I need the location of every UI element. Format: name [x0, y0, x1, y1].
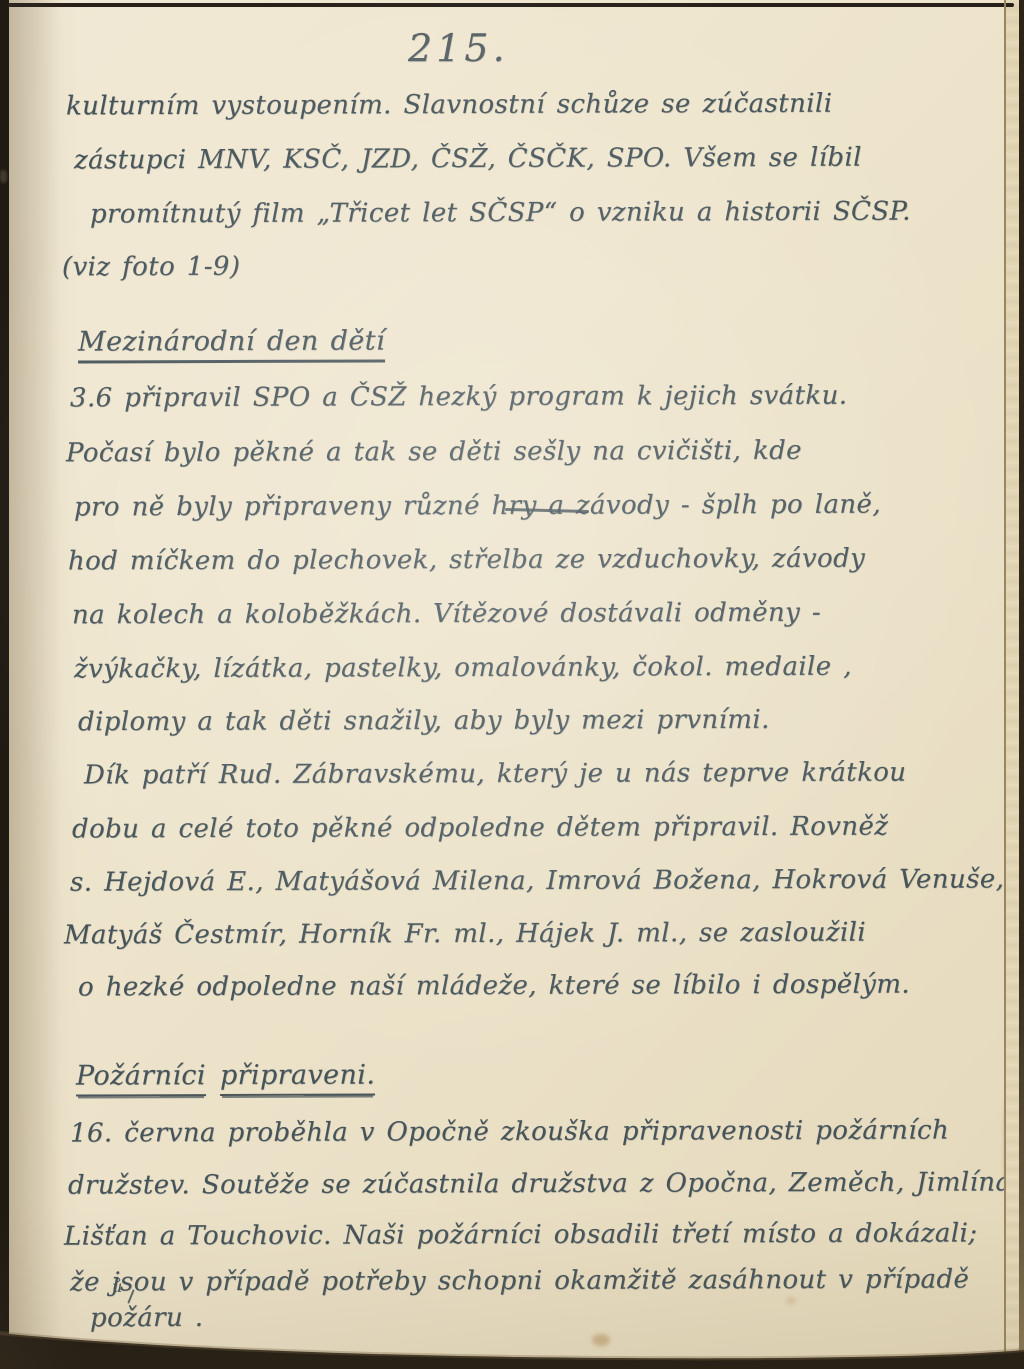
handwritten-line: hod míčkem do plechovek, střelba ze vzdu…: [68, 544, 865, 577]
handwritten-line: zástupci MNV, KSČ, JZD, ČSŽ, ČSČK, SPO. …: [74, 143, 862, 176]
scan-right-edge: [1019, 0, 1024, 1369]
handwritten-line: kulturním vystoupením. Slavnostní schůze…: [66, 89, 833, 122]
handwritten-line: pro ně byly připraveny různé hry a závod…: [74, 490, 881, 523]
handwritten-line: Lišťan a Touchovic. Naši požárníci obsad…: [64, 1218, 978, 1251]
handwritten-line: diplomy a tak děti snažily, aby byly mez…: [78, 705, 770, 737]
page-number: 215.: [408, 26, 509, 70]
section-heading-children-day: Mezinárodní den dětí: [78, 325, 385, 357]
handwritten-line: Počasí bylo pěkné a tak se děti sešly na…: [66, 436, 802, 469]
handwritten-line: 3.6 připravil SPO a ČSŽ hezký program k …: [70, 381, 847, 414]
handwritten-line: Matyáš Čestmír, Horník Fr. ml., Hájek J.…: [64, 918, 866, 951]
book-bottom-curve: [0, 1329, 1024, 1369]
binding-shadow: [9, 0, 61, 1369]
handwritten-line: dobu a celé toto pěkné odpoledne dětem p…: [72, 812, 888, 845]
handwritten-line: (viz foto 1-9): [62, 252, 240, 283]
edge-speck: [0, 170, 7, 183]
insertion-mark: ů: [112, 1277, 122, 1296]
heading-underlined-word: Požárníci: [76, 1060, 206, 1096]
heading-underlined-word: připraveni.: [220, 1060, 375, 1097]
handwritten-line: promítnutý film „Třicet let SČSP“ o vzni…: [90, 197, 911, 230]
handwritten-line: že jsou v případě potřeby schopni okamži…: [70, 1264, 969, 1297]
handwritten-line: o hezké odpoledne naší mládeže, které se…: [78, 970, 910, 1003]
handwritten-line: žvýkačky, lízátka, pastelky, omalovánky,…: [74, 652, 852, 685]
page-edge-line: [1004, 0, 1006, 1369]
handwritten-line: Dík patří Rud. Zábravskému, který je u n…: [84, 758, 907, 791]
page-stack-edge: [1006, 0, 1019, 1369]
section-heading-firefighters: Požárnícipřipraveni.: [76, 1059, 389, 1096]
handwritten-line: na kolech a koloběžkách. Vítězové dostáv…: [72, 598, 821, 631]
handwritten-line: s. Hejdová E., Matyášová Milena, Imrová …: [70, 864, 1004, 897]
handwritten-line: družstev. Soutěže se zúčastnila družstva…: [68, 1167, 1020, 1200]
book-binding-edge: [0, 0, 9, 1369]
scanned-chronicle-page: { "page": { "number": "215." }, "colors"…: [0, 0, 1024, 1369]
handwritten-line: 16. června proběhla v Opočně zkouška při…: [70, 1115, 949, 1148]
page-top-edge: [8, 3, 1014, 7]
heading-underlined-text: Mezinárodní den dětí: [78, 325, 385, 363]
